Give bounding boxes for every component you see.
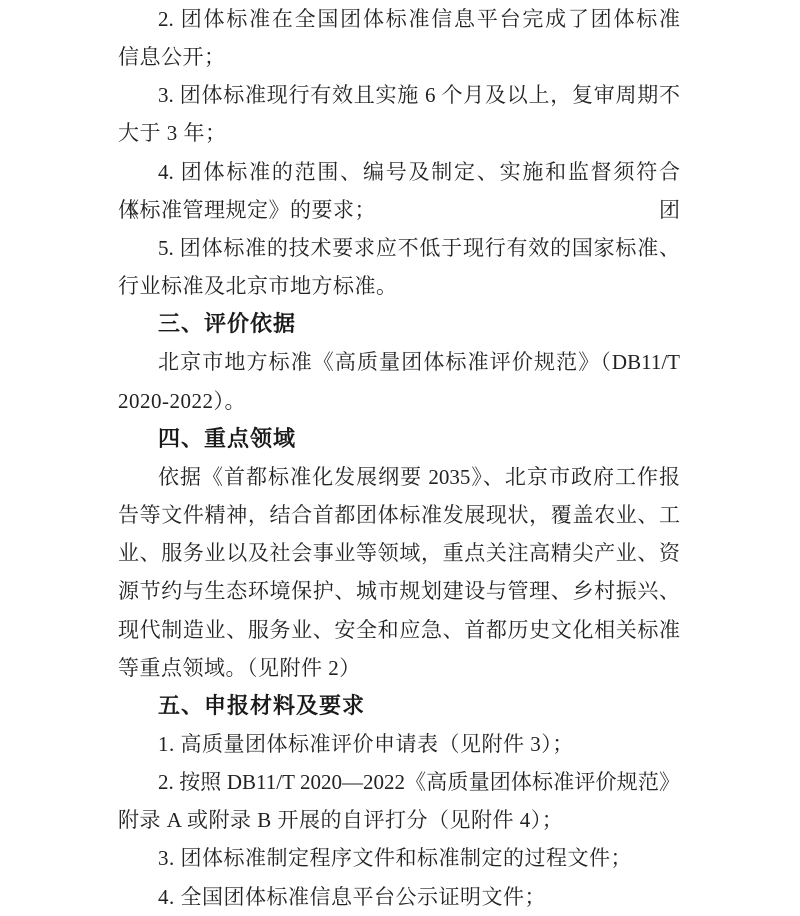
- document-page: 2. 团体标准在全国团体标准信息平台完成了团体标准信息公开；3. 团体标准现行有…: [0, 0, 800, 916]
- document-line: 附录 A 或附录 B 开展的自评打分（见附件 4）；: [118, 801, 680, 839]
- document-line: 2. 按照 DB11/T 2020—2022《高质量团体标准评价规范》: [118, 763, 680, 801]
- document-line: 信息公开；: [118, 38, 680, 76]
- section-heading: 四、重点领域: [118, 420, 680, 458]
- document-line: 1. 高质量团体标准评价申请表（见附件 3）；: [118, 725, 680, 763]
- document-line: 告等文件精神，结合首都团体标准发展现状，覆盖农业、工: [118, 496, 680, 534]
- document-line: 大于 3 年；: [118, 114, 680, 152]
- document-line: 现代制造业、服务业、安全和应急、首都历史文化相关标准: [118, 611, 680, 649]
- document-line: 北京市地方标准《高质量团体标准评价规范》（DB11/T: [118, 343, 680, 381]
- document-line: 4. 全国团体标准信息平台公示证明文件；: [118, 878, 680, 916]
- document-line: 3. 团体标准制定程序文件和标准制定的过程文件；: [118, 839, 680, 877]
- section-heading: 五、申报材料及要求: [118, 687, 680, 725]
- document-line: 3. 团体标准现行有效且实施 6 个月及以上，复审周期不: [118, 76, 680, 114]
- section-heading: 三、评价依据: [118, 305, 680, 343]
- document-line: 源节约与生态环境保护、城市规划建设与管理、乡村振兴、: [118, 572, 680, 610]
- document-line: 依据《首都标准化发展纲要 2035》、北京市政府工作报: [118, 458, 680, 496]
- document-line: 4. 团体标准的范围、编号及制定、实施和监督须符合《团: [118, 153, 680, 191]
- document-line: 2. 团体标准在全国团体标准信息平台完成了团体标准: [118, 0, 680, 38]
- document-line: 2020-2022）。: [118, 382, 680, 420]
- document-line: 等重点领域。（见附件 2）: [118, 649, 680, 687]
- document-line: 业、服务业以及社会事业等领域，重点关注高精尖产业、资: [118, 534, 680, 572]
- document-line: 行业标准及北京市地方标准。: [118, 267, 680, 305]
- document-line: 5. 团体标准的技术要求应不低于现行有效的国家标准、: [118, 229, 680, 267]
